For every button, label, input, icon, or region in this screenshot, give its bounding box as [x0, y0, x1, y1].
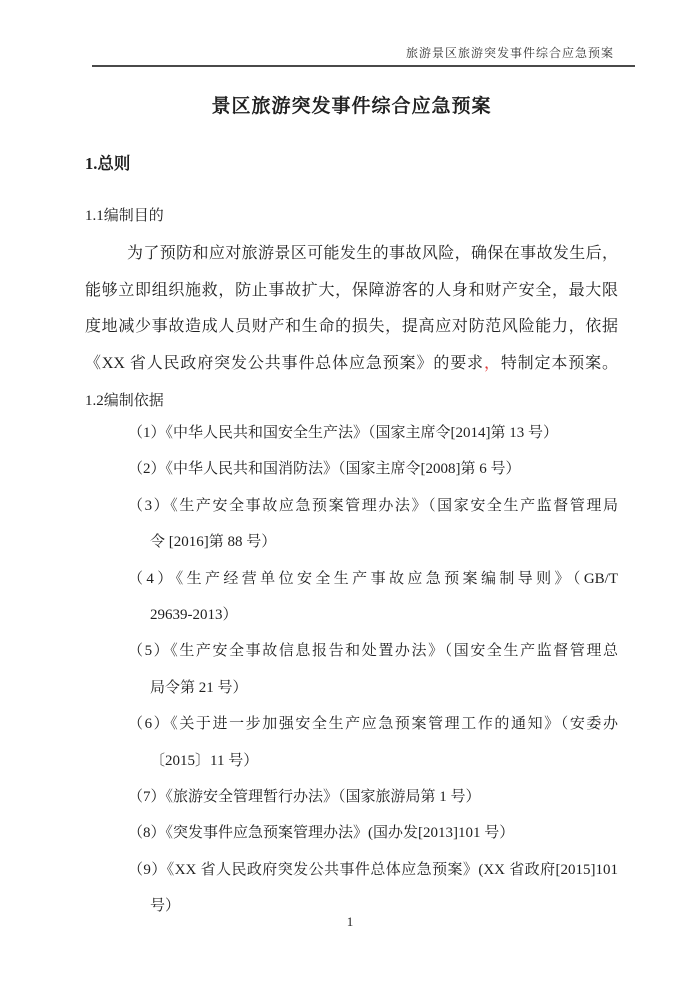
subsection-heading-1-1: 1.1编制目的 [85, 206, 618, 227]
list-item-3-cont: 令 [2016]第 88 号） [85, 524, 618, 560]
subsection-heading-1-2: 1.2编制依据 [85, 391, 618, 412]
document-title: 景区旅游突发事件综合应急预案 [85, 93, 618, 120]
list-item-3: （3）《生产安全事故应急预案管理办法》（国家安全生产监督管理局 [85, 488, 618, 524]
red-comma: ， [484, 355, 501, 372]
list-item-5: （5）《生产安全事故信息报告和处置办法》（国安全生产监督管理总 [85, 633, 618, 669]
list-item-4: （4）《生产经营单位安全生产事故应急预案编制导则》（GB/T [85, 561, 618, 597]
list-item-4-cont: 29639-2013） [85, 597, 618, 633]
document-page: 旅游景区旅游突发事件综合应急预案 景区旅游突发事件综合应急预案 1.总则 1.1… [0, 0, 700, 990]
list-item-5-cont: 局令第 21 号） [85, 670, 618, 706]
paragraph-text: 特制定本预案。 [501, 355, 618, 372]
page-number: 1 [0, 914, 700, 930]
paragraph-line: 度地减少事故造成人员财产和生命的损失，提高应对防范风险能力，依据 [85, 309, 618, 346]
running-header: 旅游景区旅游突发事件综合应急预案 [92, 46, 635, 67]
list-item-9: （9）《XX 省人民政府突发公共事件总体应急预案》(XX 省政府[2015]10… [85, 852, 618, 888]
paragraph-line: 《XX 省人民政府突发公共事件总体应急预案》的要求，特制定本预案。 [85, 346, 618, 383]
paragraph-line: 能够立即组织施救，防止事故扩大，保障游客的人身和财产安全，最大限 [85, 273, 618, 310]
list-item-6: （6）《关于进一步加强安全生产应急预案管理工作的通知》（安委办 [85, 706, 618, 742]
list-item-7: （7）《旅游安全管理暂行办法》（国家旅游局第 1 号） [85, 779, 618, 815]
paragraph-text: 《XX 省人民政府突发公共事件总体应急预案》的要求 [85, 355, 484, 372]
purpose-paragraph: 为了预防和应对旅游景区可能发生的事故风险，确保在事故发生后， 能够立即组织施救，… [85, 236, 618, 382]
list-item-1: （1）《中华人民共和国安全生产法》（国家主席令[2014]第 13 号） [85, 415, 618, 451]
list-item-8: （8）《突发事件应急预案管理办法》(国办发[2013]101 号） [85, 815, 618, 851]
paragraph-line: 为了预防和应对旅游景区可能发生的事故风险，确保在事故发生后， [85, 236, 618, 273]
list-item-2: （2）《中华人民共和国消防法》（国家主席令[2008]第 6 号） [85, 451, 618, 487]
section-heading-1: 1.总则 [85, 153, 618, 175]
reference-list: （1）《中华人民共和国安全生产法》（国家主席令[2014]第 13 号） （2）… [85, 415, 618, 925]
list-item-6-cont: 〔2015〕11 号） [85, 743, 618, 779]
